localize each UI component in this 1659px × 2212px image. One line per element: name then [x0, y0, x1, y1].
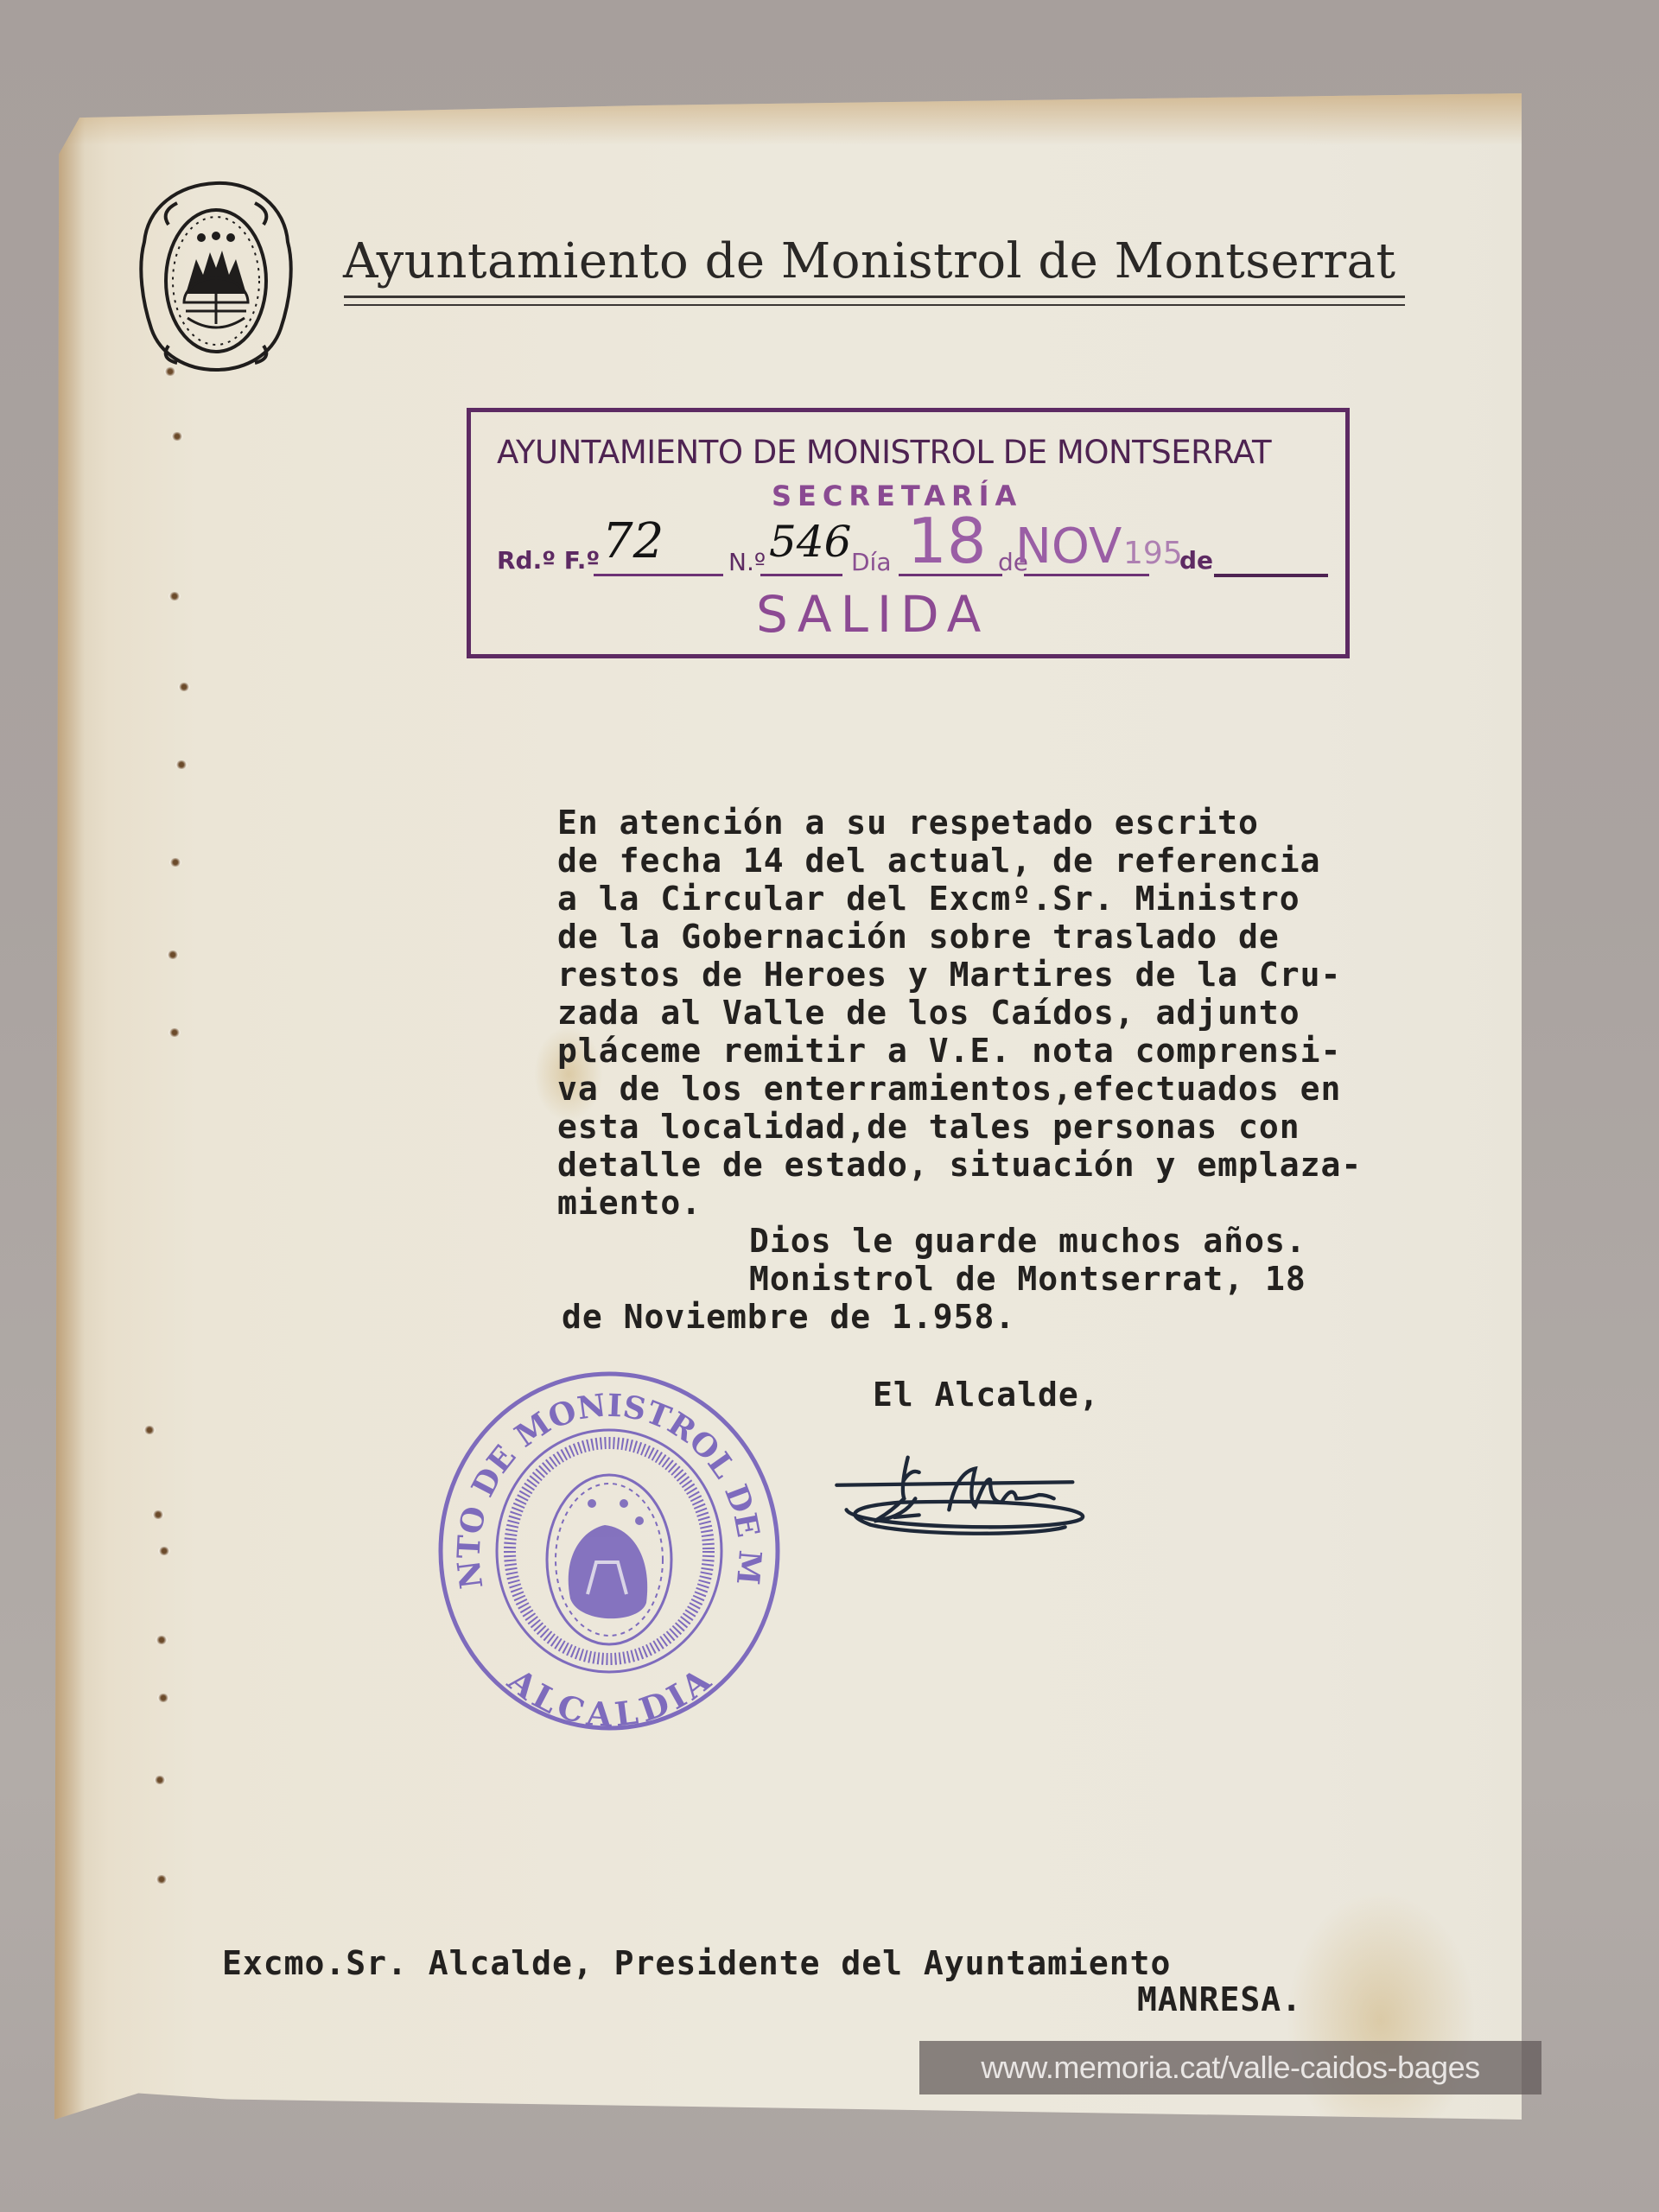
letterhead-rule	[344, 296, 1405, 298]
signatory-title: El Alcalde,	[873, 1376, 1100, 1414]
body-line: va de los enterramientos,efectuados en	[557, 1070, 1341, 1108]
de-label: de	[1179, 546, 1213, 575]
body-line: a la Circular del Excmº.Sr. Ministro	[557, 880, 1300, 918]
closing-formula: Dios le guarde muchos años.	[749, 1222, 1306, 1260]
addressee-line: Excmo.Sr. Alcalde, Presidente del Ayunta…	[222, 1944, 1171, 1982]
watermark-url[interactable]: www.memoria.cat/valle-caidos-bages	[919, 2041, 1541, 2094]
number-label: N.º	[728, 548, 766, 576]
municipal-seal-icon: AYUNTAMIENTO DE MONISTROL DE MONTSERRAT …	[432, 1365, 786, 1737]
body-line: esta localidad,de tales personas con	[557, 1108, 1300, 1146]
registry-stamp-institution: AYUNTAMIENTO DE MONISTROL DE MONTSERRAT	[497, 434, 1271, 471]
date-stamp-month: NOV	[1015, 518, 1122, 575]
place-date: de Noviembre de 1.958.	[562, 1298, 1015, 1336]
number-value: 546	[769, 517, 851, 567]
place-date: Monistrol de Montserrat, 18	[749, 1260, 1306, 1298]
registry-stamp-type: SALIDA	[756, 585, 989, 644]
day-label: Día	[851, 548, 892, 576]
paper-stain	[1286, 1891, 1476, 2150]
folio-label: Rd.º F.º	[497, 546, 600, 575]
letterhead-rule	[344, 304, 1405, 306]
date-stamp-year: 195	[1123, 536, 1183, 571]
body-line: detalle de estado, situación y emplaza-	[557, 1146, 1362, 1184]
paper-stain	[50, 93, 1522, 145]
coat-of-arms-icon	[134, 173, 298, 376]
letterhead-title: Ayuntamiento de Monistrol de Montserrat	[343, 233, 1396, 289]
body-line: restos de Heroes y Martires de la Cru-	[557, 956, 1341, 994]
body-line: pláceme remitir a V.E. nota comprensi-	[557, 1032, 1341, 1070]
body-line: de fecha 14 del actual, de referencia	[557, 842, 1320, 880]
body-line: de la Gobernación sobre traslado de	[557, 918, 1280, 956]
folio-value: 72	[602, 513, 664, 569]
handwritten-signature-icon	[812, 1439, 1123, 1551]
registry-stamp-fields: Rd.º F.º 72 N.º 546 Día 18 de NOV 195 de	[497, 520, 1331, 581]
paper-stain	[50, 93, 85, 2120]
body-line: En atención a su respetado escrito	[557, 804, 1259, 842]
body-line: zada al Valle de los Caídos, adjunto	[557, 994, 1300, 1032]
body-line: miento.	[557, 1184, 702, 1222]
registry-stamp: AYUNTAMIENTO DE MONISTROL DE MONTSERRAT …	[467, 408, 1350, 658]
date-stamp-day: 18	[907, 505, 987, 577]
addressee-city: MANRESA.	[1137, 1980, 1302, 2018]
